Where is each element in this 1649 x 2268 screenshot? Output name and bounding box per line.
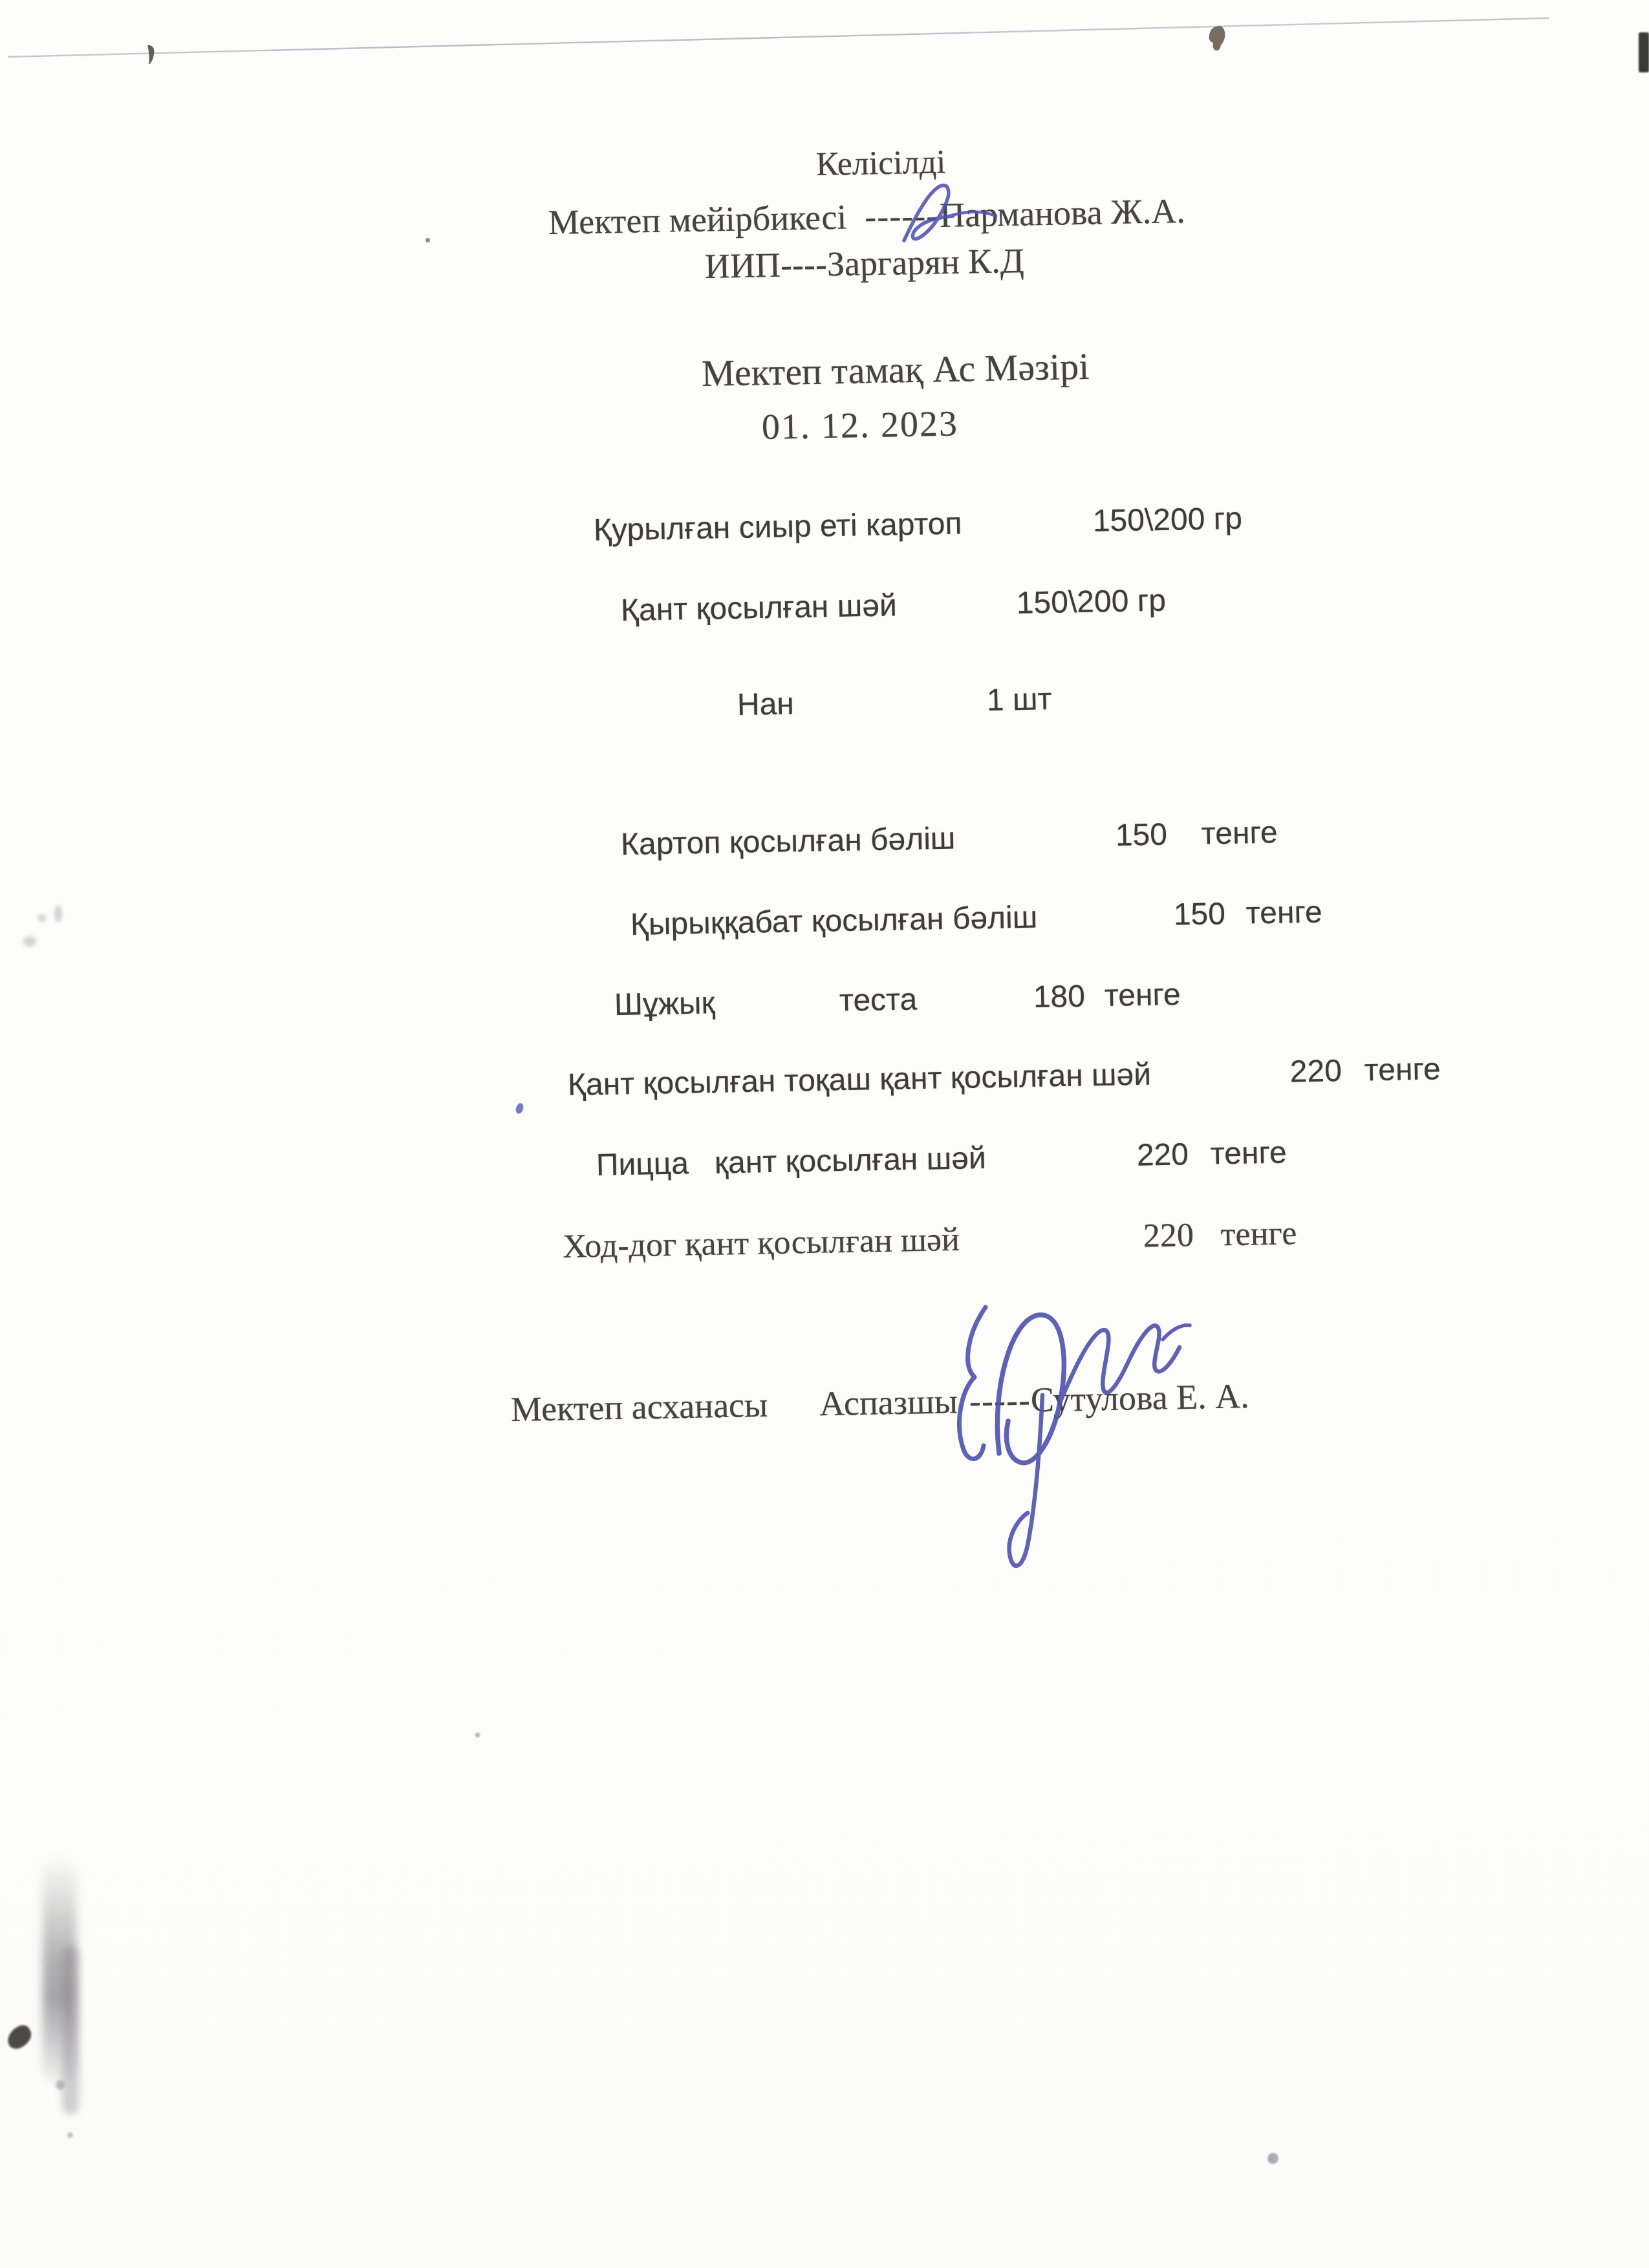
speck-artifact (426, 238, 430, 242)
scan-edge-artifact (1639, 32, 1649, 72)
priced-price: 220 (1136, 1139, 1189, 1172)
priced-item: Картоп қосылған бәліш (621, 822, 956, 862)
artifact-layer (0, 0, 1649, 2268)
speck-artifact (1209, 26, 1225, 50)
priced-row: Пицца қант қосылған шәй 220 тенге (596, 1142, 987, 1182)
priced-price: 180 (1033, 981, 1085, 1014)
approval-iip-line: ИИП----Заргарян К.Д (704, 242, 1024, 285)
iip-dashes: ---- (780, 245, 827, 284)
ink-blob-artifact (3, 2022, 36, 2053)
portion-row: Қурылған сиыр еті картоп 150\200 гр (594, 508, 962, 548)
priced-item: Пицца қант қосылған шәй (596, 1141, 987, 1182)
priced-currency: тенге (1210, 1137, 1287, 1171)
priced-price: 220 (1143, 1218, 1194, 1254)
scanned-menu-document: Келісілді Мектеп мейірбикесі------Парман… (0, 0, 1649, 2268)
menu-date: 01. 12. 2023 (761, 405, 958, 446)
priced-currency: тенге (1220, 1216, 1297, 1253)
footer-role: Аспазшы (819, 1382, 958, 1423)
ink-dot-artifact (515, 1102, 525, 1115)
priced-row: Шұжық теста 180 тенге (614, 987, 716, 1022)
priced-note: теста (839, 983, 917, 1018)
priced-row: Қырыққабат қосылған бәліш 150 тенге (630, 901, 1038, 941)
menu-date-text: 01. 12. 2023 (761, 403, 958, 447)
speck-artifact (56, 2081, 65, 2090)
iip-prefix: ИИП (704, 246, 781, 286)
page-title-text: Мектеп тамақ Ас Мәзірі (701, 345, 1089, 394)
cook-signature (960, 1307, 1190, 1566)
footer-name: Сутулова Е. А. (1030, 1376, 1249, 1419)
priced-currency: тенге (1201, 817, 1278, 851)
priced-price: 220 (1289, 1055, 1342, 1089)
portion-item: Қант қосылған шәй (621, 588, 898, 628)
priced-item: Қырыққабат қосылған бәліш (630, 900, 1038, 942)
smudge-spot-artifact (54, 905, 62, 922)
speck-artifact (67, 2132, 73, 2138)
priced-item: Шұжық (614, 986, 716, 1022)
scanner-line-artifact (8, 18, 1549, 57)
smudge-streak-artifact (43, 1857, 76, 2084)
portion-row: Қант қосылған шәй 150\200 гр (621, 590, 898, 627)
speck-artifact (475, 1733, 480, 1737)
page-title: Мектеп тамақ Ас Мәзірі (701, 347, 1089, 394)
smudge-spot-artifact (38, 914, 47, 922)
footer-canteen: Мектеп асханасы (510, 1385, 768, 1429)
approval-nurse-line: Мектеп мейірбикесі------Парманова Ж.А. (548, 193, 1185, 241)
priced-price: 150 (1173, 898, 1225, 932)
portion-value: 1 шт (986, 683, 1051, 717)
priced-price: 150 (1115, 819, 1167, 853)
footer-line: Мектеп асханасыАспазшы-----Сутулова Е. А… (510, 1378, 1249, 1428)
footer-dashes: ----- (969, 1380, 1031, 1420)
smudge-streak-artifact (62, 1946, 79, 2114)
priced-item: Қант қосылған тоқаш қант қосылған шәй (568, 1057, 1152, 1102)
speck-artifact (1267, 2153, 1278, 2164)
priced-currency: тенге (1104, 979, 1181, 1013)
approval-agreed-label: Келісілді (815, 145, 946, 182)
agreed-text: Келісілді (815, 144, 946, 183)
portion-row: Нан 1 шт (737, 688, 795, 722)
priced-row: Қант қосылған тоқаш қант қосылған шәй 22… (568, 1058, 1152, 1102)
priced-item: Ход-дог қант қосылған шәй (562, 1221, 960, 1265)
speck-artifact (147, 45, 154, 65)
portion-value: 150\200 гр (1016, 585, 1166, 621)
nurse-name: Парманова Ж.А. (940, 191, 1185, 235)
priced-currency: тенге (1364, 1053, 1441, 1087)
priced-row: Ход-дог қант қосылған шәй 220 тенге (562, 1223, 960, 1265)
iip-name: Заргарян К.Д (826, 241, 1024, 284)
portion-value: 150\200 гр (1092, 503, 1242, 539)
portion-item: Қурылған сиыр еті картоп (594, 507, 963, 548)
nurse-prefix: Мектеп мейірбикесі (548, 198, 846, 242)
nurse-dashes: ------ (865, 196, 939, 236)
priced-row: Картоп қосылған бәліш 150 тенге (621, 823, 956, 862)
smudge-spot-artifact (23, 936, 36, 947)
priced-currency: тенге (1245, 896, 1322, 930)
portion-item: Нан (737, 687, 795, 722)
